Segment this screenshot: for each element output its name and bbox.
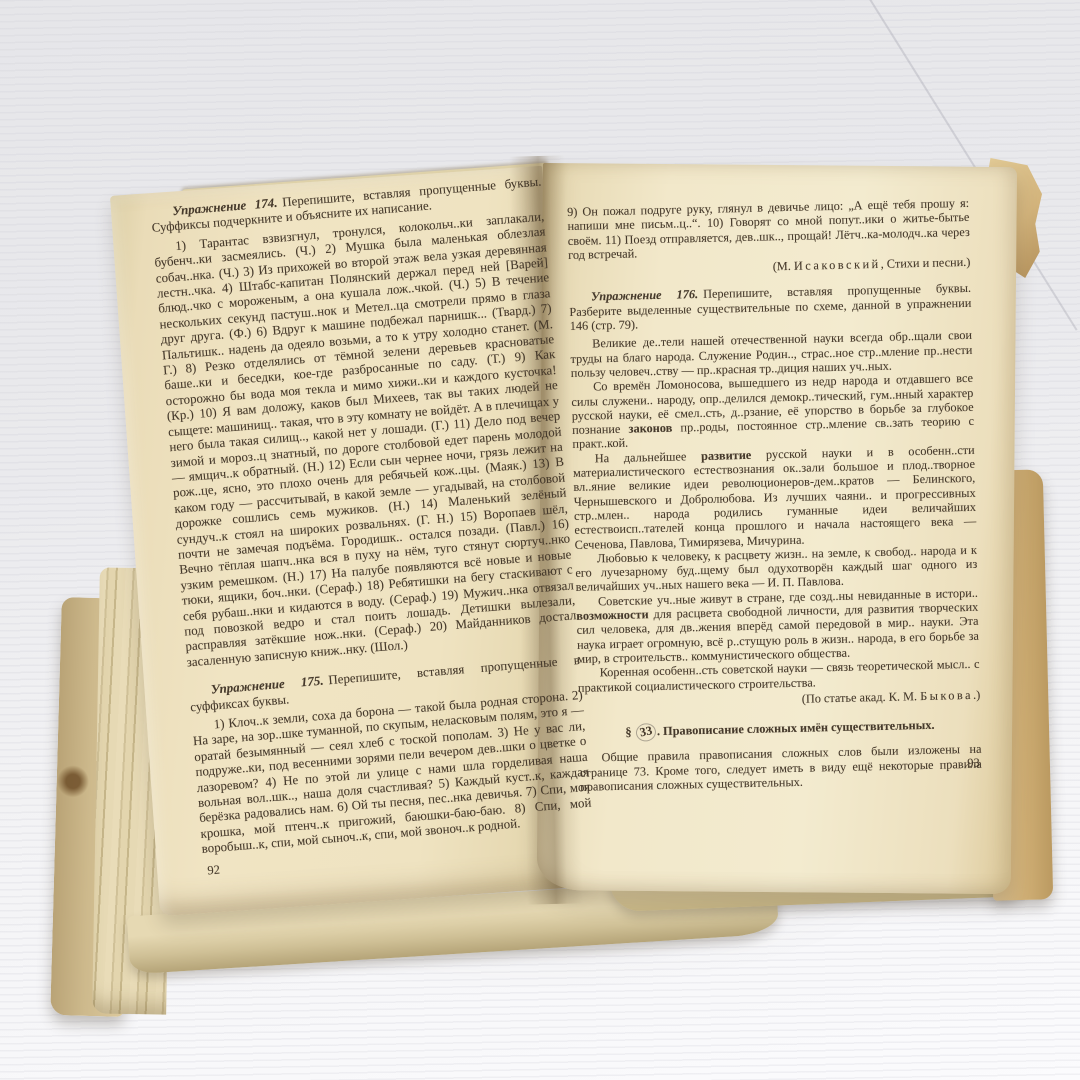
- section-dot: .: [657, 724, 660, 738]
- exercise-175-continuation: 9) Он пожал подруге руку, глянул в девич…: [567, 196, 970, 262]
- left-page-text: Упражнение 174.Перепишите, вставляя проп…: [150, 175, 596, 892]
- section-33-para: Общие правила правописания сложных слов …: [579, 742, 982, 794]
- attribution-name: Исаковский: [794, 257, 881, 273]
- attribution2-post: .): [973, 688, 980, 702]
- section-number: 33: [638, 723, 653, 739]
- right-page-text: 9) Он пожал подруге руку, глянул в девич…: [567, 196, 982, 794]
- para-b-bold-word: законов: [628, 421, 672, 436]
- exercise-175-body: 1) Клоч..к земли, соха да борона — такой…: [191, 688, 593, 858]
- para-e-bold-word: возможности: [576, 607, 649, 623]
- exercise-176-para-b: Со времён Ломоносова, вышедшего из недр …: [571, 371, 975, 452]
- exercise-176-header: Упражнение 176.Перепишите, вставляя проп…: [569, 281, 972, 333]
- pencil-circle-mark: 33: [634, 722, 657, 744]
- exercise-176-para-e: Советские уч..ные живут в стране, где со…: [576, 585, 980, 666]
- section-mark: §: [625, 725, 631, 739]
- attribution2-name: Быкова: [920, 688, 973, 703]
- page-number-93: 93: [967, 756, 980, 771]
- attribution2-pre: (По статье акад. К. М.: [802, 689, 921, 706]
- exercise-174-body: 1) Тарантас взвизгнул, тронулся, колокол…: [153, 209, 578, 670]
- last-paragraph-wrap: Общие правила правописания сложных слов …: [579, 742, 982, 794]
- attribution-pre: (М.: [773, 259, 794, 273]
- exercise-176-para-c: На дальнейшее развитие русской науки и в…: [573, 443, 977, 552]
- book-photo: Упражнение 174.Перепишите, вставляя проп…: [0, 0, 1080, 1080]
- para-c-bold-word: развитие: [701, 448, 752, 463]
- attribution-post: , Стихи и песни.): [881, 255, 971, 271]
